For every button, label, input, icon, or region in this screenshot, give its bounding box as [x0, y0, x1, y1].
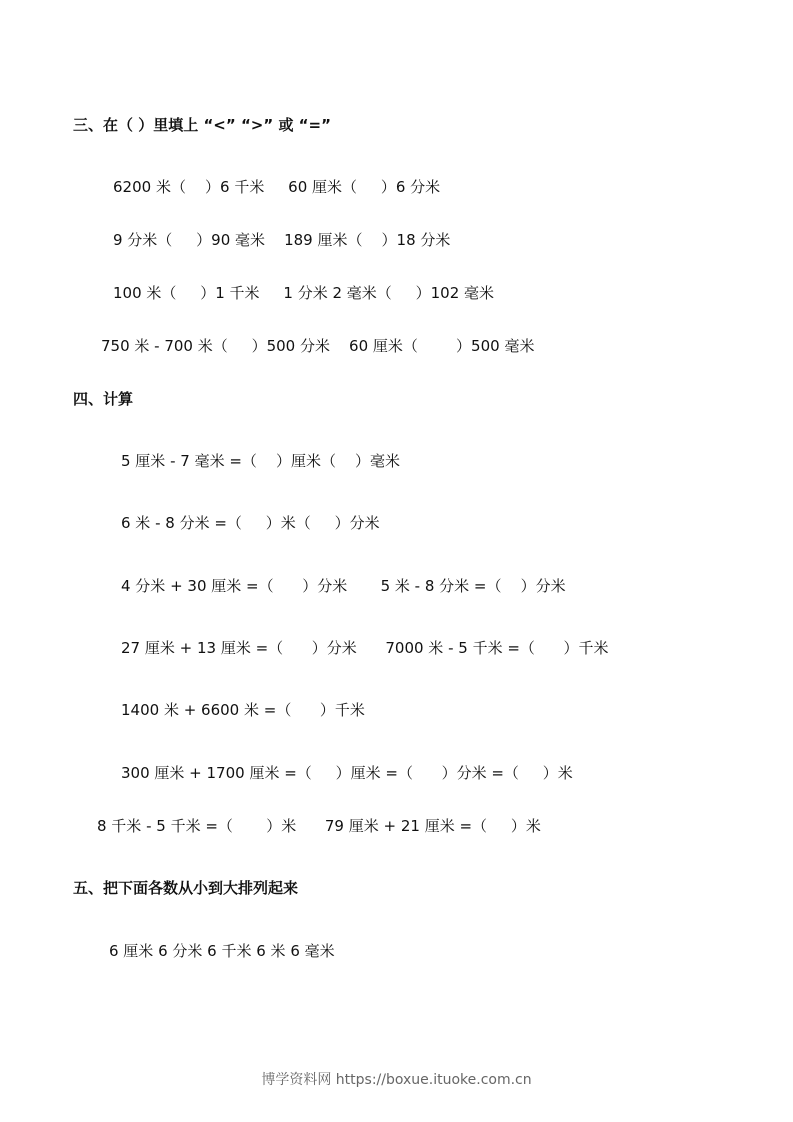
section-3-line-2: 9 分米（ ）90 毫米 189 厘米（ ）18 分米 — [113, 230, 450, 250]
section-3-title: 三、在（ ）里填上 “<” “>” 或 “=” — [73, 115, 331, 135]
section-4-line-4: 27 厘米 + 13 厘米 =（ ）分米 7000 米 - 5 千米 =（ ）千… — [121, 638, 609, 658]
section-4-line-5: 1400 米 + 6600 米 =（ ）千米 — [121, 700, 365, 720]
section-4-line-6: 300 厘米 + 1700 厘米 =（ ）厘米 =（ ）分米 =（ ）米 — [121, 763, 573, 783]
section-4-title: 四、计算 — [73, 389, 133, 409]
section-5-title: 五、把下面各数从小到大排列起来 — [73, 878, 298, 898]
section-3-line-3: 100 米（ ）1 千米 1 分米 2 毫米（ ）102 毫米 — [113, 283, 494, 303]
footer-watermark: 博学资料网 https://boxue.ituoke.com.cn — [0, 1070, 793, 1090]
section-3-line-1: 6200 米（ ）6 千米 60 厘米（ ）6 分米 — [113, 177, 440, 197]
section-4-line-2: 6 米 - 8 分米 =（ ）米（ ）分米 — [121, 513, 380, 533]
section-5-line-1: 6 厘米 6 分米 6 千米 6 米 6 毫米 — [109, 941, 335, 961]
section-3-line-4: 750 米 - 700 米（ ）500 分米 60 厘米（ ）500 毫米 — [101, 336, 534, 356]
section-4-line-3: 4 分米 + 30 厘米 =（ ）分米 5 米 - 8 分米 =（ ）分米 — [121, 576, 566, 596]
section-4-line-7: 8 千米 - 5 千米 =（ ）米 79 厘米 + 21 厘米 =（ ）米 — [97, 816, 541, 836]
section-4-line-1: 5 厘米 - 7 毫米 =（ ）厘米（ ）毫米 — [121, 451, 400, 471]
